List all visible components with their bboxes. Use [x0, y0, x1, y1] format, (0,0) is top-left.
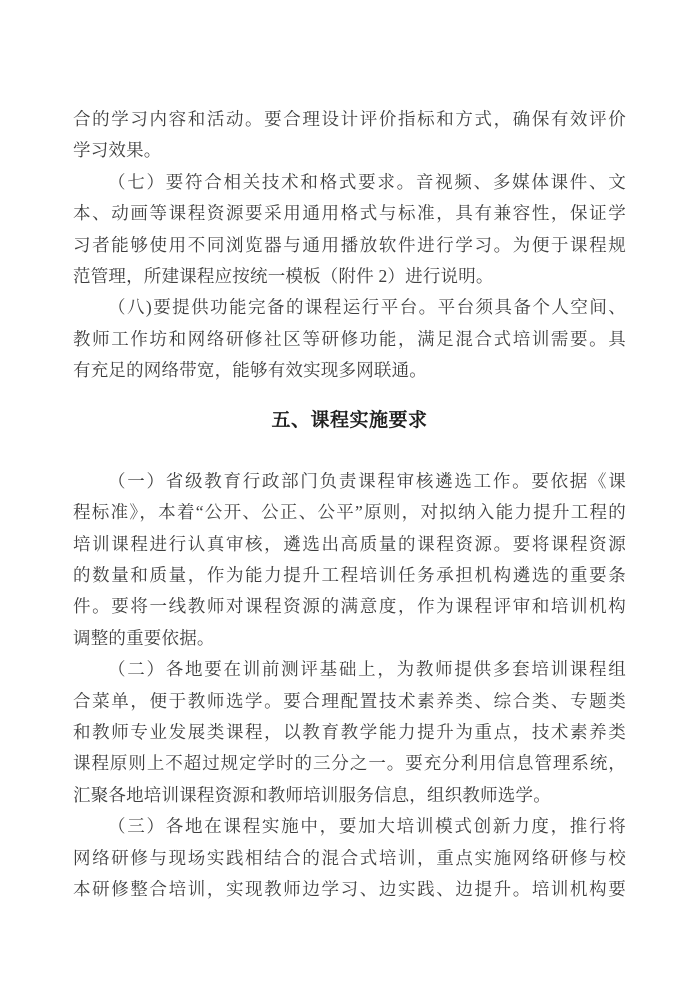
text-line: 网络研修与现场实践相结合的混合式培训，重点实施网络研修与校: [73, 843, 626, 874]
text-line: （一）省级教育行政部门负责课程审核遴选工作。要依据《课: [73, 466, 626, 497]
text-line: 有充足的网络带宽，能够有效实现多网联通。: [73, 355, 626, 386]
text-line: 课程原则上不超过规定学时的三分之一。要充分利用信息管理系统，: [73, 748, 626, 779]
text-line: （三）各地在课程实施中，要加大培训模式创新力度，推行将: [73, 811, 626, 842]
text-line: （二）各地要在训前测评基础上，为教师提供多套培训课程组: [73, 654, 626, 685]
text-line: 和教师专业发展类课程，以教育教学能力提升为重点，技术素养类: [73, 717, 626, 748]
text-line: 汇聚各地培训课程资源和教师培训服务信息，组织教师选学。: [73, 780, 626, 811]
text-line: 合菜单，便于教师选学。要合理配置技术素养类、综合类、专题类: [73, 686, 626, 717]
text-line: 学习效果。: [73, 135, 626, 166]
text-line: 培训课程进行认真审核，遴选出高质量的课程资源。要将课程资源: [73, 529, 626, 560]
text-line: （八)要提供功能完备的课程运行平台。平台须具备个人空间、: [73, 292, 626, 323]
text-line: 本研修整合培训，实现教师边学习、边实践、边提升。培训机构要: [73, 874, 626, 905]
paragraph-item-8: （八)要提供功能完备的课程运行平台。平台须具备个人空间、 教师工作坊和网络研修社…: [73, 292, 626, 386]
text-line: 教师工作坊和网络研修社区等研修功能，满足混合式培训需要。具: [73, 324, 626, 355]
text-line: 的数量和质量，作为能力提升工程培训任务承担机构遴选的重要条: [73, 560, 626, 591]
text-line: 范管理，所建课程应按统一模板（附件 2）进行说明。: [73, 261, 626, 292]
paragraph-item-2: （二）各地要在训前测评基础上，为教师提供多套培训课程组 合菜单，便于教师选学。要…: [73, 654, 626, 811]
text-line: （七）要符合相关技术和格式要求。音视频、多媒体课件、文: [73, 167, 626, 198]
paragraph-item-1: （一）省级教育行政部门负责课程审核遴选工作。要依据《课 程标准》，本着“公开、公…: [73, 466, 626, 654]
text-line: 件。要将一线教师对课程资源的满意度，作为课程评审和培训机构: [73, 591, 626, 622]
text-line: 合的学习内容和活动。要合理设计评价指标和方式，确保有效评价: [73, 104, 626, 135]
paragraph-continuation: 合的学习内容和活动。要合理设计评价指标和方式，确保有效评价 学习效果。: [73, 104, 626, 167]
text-line: 本、动画等课程资源要采用通用格式与标准，具有兼容性，保证学: [73, 198, 626, 229]
document-page: 合的学习内容和活动。要合理设计评价指标和方式，确保有效评价 学习效果。 （七）要…: [73, 104, 626, 905]
paragraph-item-3: （三）各地在课程实施中，要加大培训模式创新力度，推行将 网络研修与现场实践相结合…: [73, 811, 626, 905]
section-heading: 五、课程实施要求: [73, 405, 626, 436]
paragraph-item-7: （七）要符合相关技术和格式要求。音视频、多媒体课件、文 本、动画等课程资源要采用…: [73, 167, 626, 293]
text-line: 调整的重要依据。: [73, 623, 626, 654]
text-line: 习者能够使用不同浏览器与通用播放软件进行学习。为便于课程规: [73, 230, 626, 261]
text-line: 程标准》，本着“公开、公正、公平”原则，对拟纳入能力提升工程的: [73, 497, 626, 528]
